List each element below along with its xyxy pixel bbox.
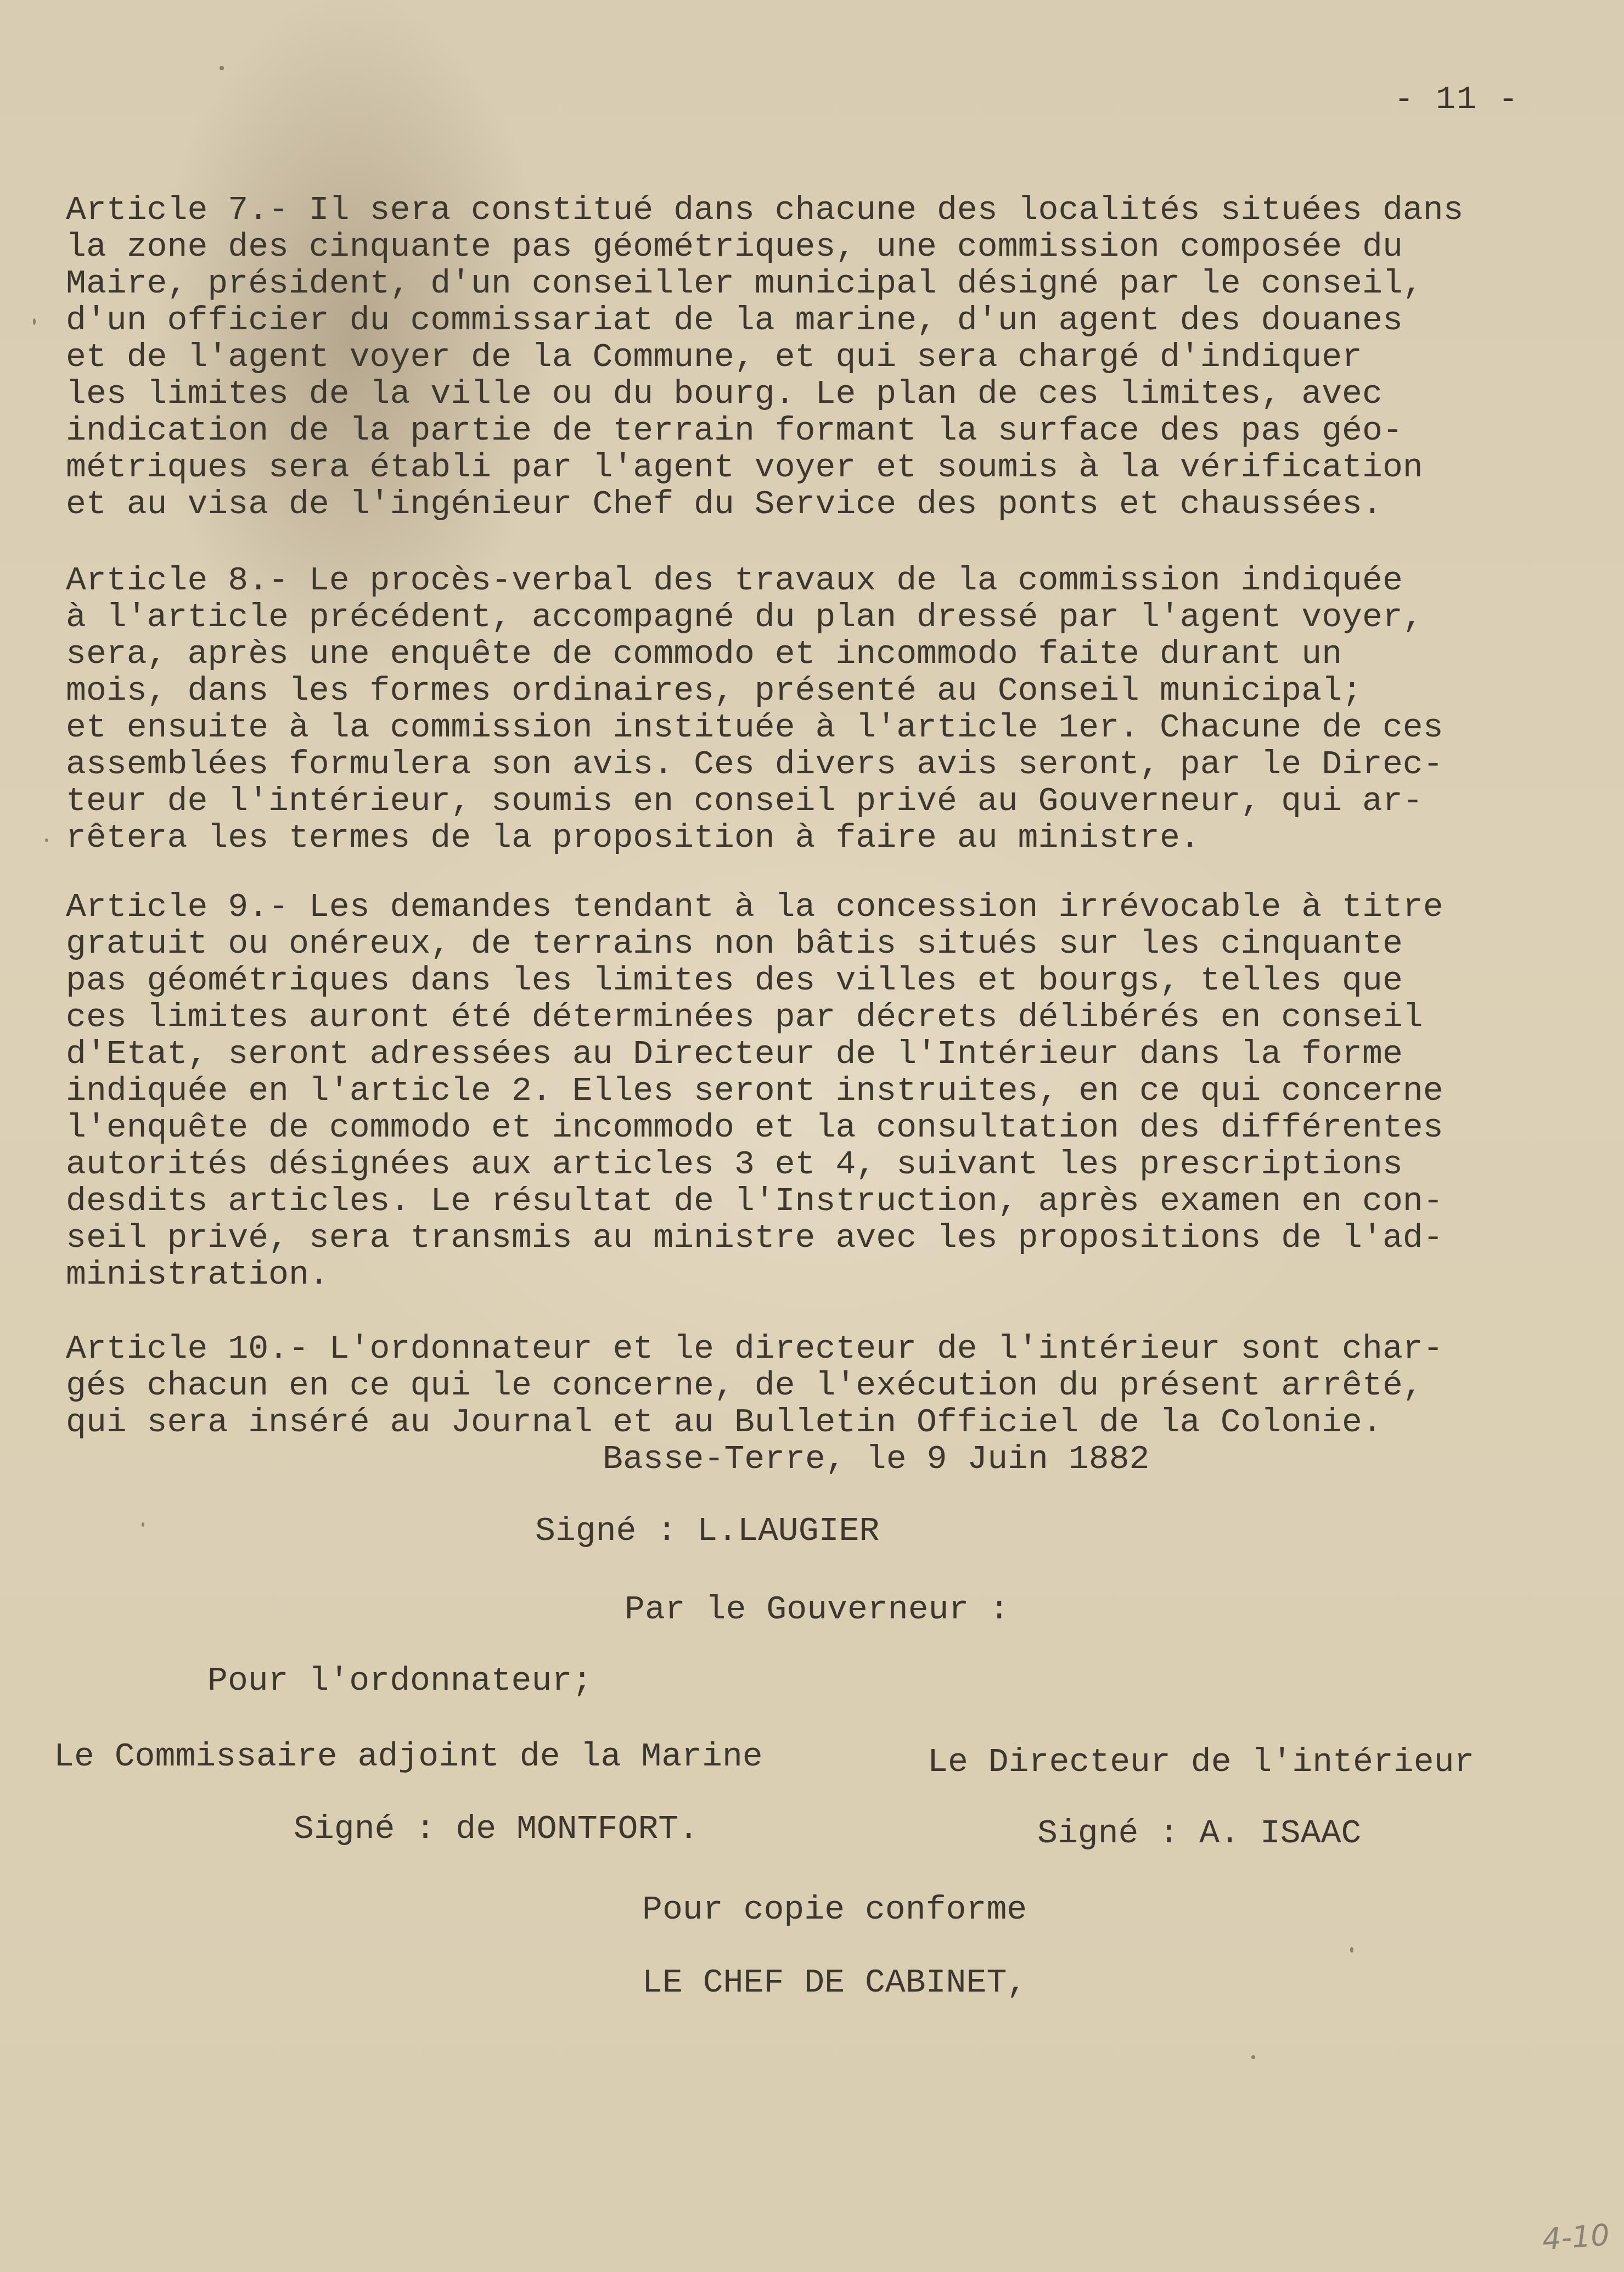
article-9: Article 9.- Les demandes tendant à la co… [66,889,1592,1294]
for-ordonnateur-label: Pour l'ordonnateur; [207,1663,592,1700]
governor-signature: Signé : L.LAUGIER [535,1513,879,1550]
article-line: la zone des cinquante pas géométriques, … [66,229,1592,266]
article-line: d'un officier du commissariat de la mari… [66,302,1592,339]
archive-reference: 4-10 [1541,2218,1611,2257]
article-line: assemblées formulera son avis. Ces diver… [66,746,1592,783]
directeur-title: Le Directeur de l'intérieur [928,1744,1474,1781]
article-line: et de l'agent voyer de la Commune, et qu… [66,339,1592,376]
by-governor-label: Par le Gouverneur : [625,1591,1009,1628]
chief-of-cabinet-label: LE CHEF DE CABINET, [642,1965,1027,2001]
paper-speck [33,318,36,325]
document-page: - 11 - Article 7.- Il sera constitué dan… [0,0,1624,2272]
article-line: seil privé, sera transmis au ministre av… [66,1220,1592,1257]
article-line: qui sera inséré au Journal et au Bulleti… [66,1404,1592,1441]
paper-speck [1251,2055,1255,2059]
article-line: desdits articles. Le résultat de l'Instr… [66,1183,1592,1220]
page-number: - 11 - [1394,81,1519,119]
article-line: les limites de la ville ou du bourg. Le … [66,376,1592,413]
article-line: ministration. [66,1257,1592,1294]
article-line: Article 10.- L'ordonnateur et le directe… [66,1331,1592,1368]
article-line: teur de l'intérieur, soumis en conseil p… [66,783,1592,820]
certified-copy-label: Pour copie conforme [642,1892,1027,1928]
article-line: indiquée en l'article 2. Elles seront in… [66,1073,1592,1110]
article-line: ces limites auront été déterminées par d… [66,999,1592,1036]
article-line: d'Etat, seront adressées au Directeur de… [66,1036,1592,1073]
article-line: pas géométriques dans les limites des vi… [66,963,1592,999]
article-line: métriques sera établi par l'agent voyer … [66,449,1592,486]
article-7: Article 7.- Il sera constitué dans chacu… [66,192,1592,523]
commissaire-title: Le Commissaire adjoint de la Marine [54,1739,763,1775]
article-line: gés chacun en ce qui le concerne, de l'e… [66,1368,1592,1404]
article-line: mois, dans les formes ordinaires, présen… [66,673,1592,710]
place-date: Basse-Terre, le 9 Juin 1882 [603,1441,1149,1478]
article-8: Article 8.- Le procès-verbal des travaux… [66,563,1592,857]
article-line: l'enquête de commodo et incommodo et la … [66,1110,1592,1146]
article-10: Article 10.- L'ordonnateur et le directe… [66,1331,1592,1441]
article-line: Article 9.- Les demandes tendant à la co… [66,889,1592,926]
isaac-signature: Signé : A. ISAAC [1037,1815,1362,1852]
article-line: autorités désignées aux articles 3 et 4,… [66,1146,1592,1183]
article-line: à l'article précédent, accompagné du pla… [66,599,1592,636]
article-line: sera, après une enquête de commodo et in… [66,636,1592,673]
paper-speck [220,66,224,70]
paper-speck [1350,1947,1353,1953]
paper-speck [45,839,48,842]
article-line: Article 8.- Le procès-verbal des travaux… [66,563,1592,599]
article-line: gratuit ou onéreux, de terrains non bâti… [66,926,1592,963]
article-line: Maire, président, d'un conseiller munici… [66,266,1592,302]
article-line: indication de la partie de terrain forma… [66,413,1592,449]
article-line: rêtera les termes de la proposition à fa… [66,820,1592,857]
article-line: et ensuite à la commission instituée à l… [66,710,1592,746]
montfort-signature: Signé : de MONTFORT. [294,1811,699,1848]
paper-speck [142,1522,144,1527]
article-line: et au visa de l'ingénieur Chef du Servic… [66,486,1592,523]
article-line: Article 7.- Il sera constitué dans chacu… [66,192,1592,229]
